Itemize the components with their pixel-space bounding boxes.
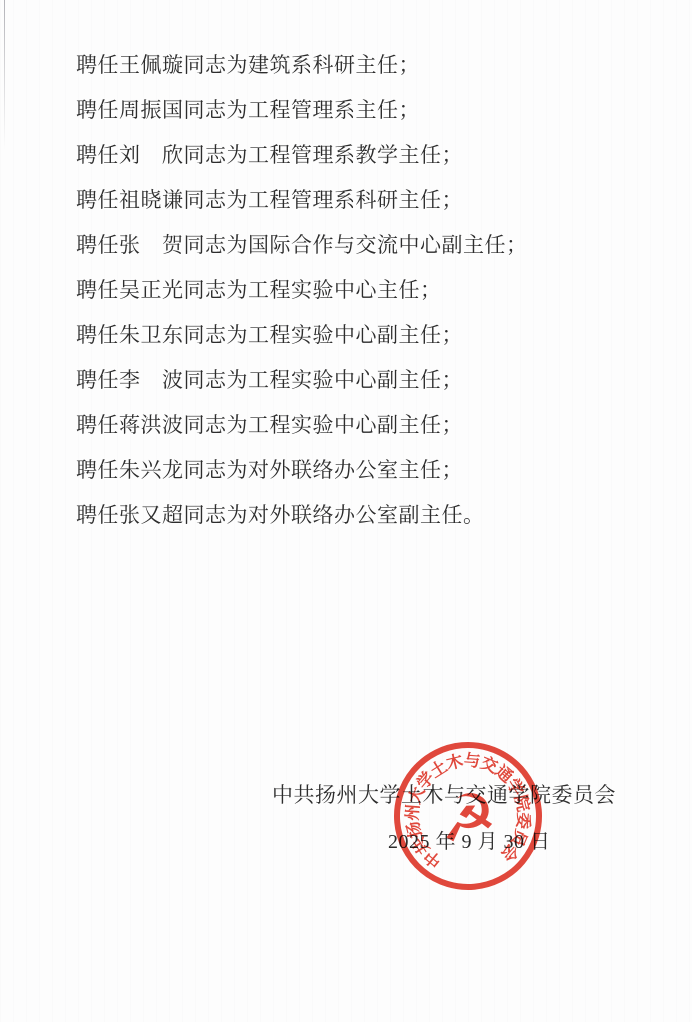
appointment-line: 聘任祖晓谦同志为工程管理系科研主任； bbox=[76, 185, 636, 230]
appointment-line: 聘任王佩璇同志为建筑系科研主任； bbox=[76, 50, 636, 95]
appointment-line: 聘任张又超同志为对外联络办公室副主任。 bbox=[76, 500, 636, 545]
hammer-and-sickle-icon: ☭ bbox=[436, 780, 500, 859]
appointment-list: 聘任王佩璇同志为建筑系科研主任； 聘任周振国同志为工程管理系主任； 聘任刘 欣同… bbox=[76, 50, 636, 545]
official-seal: 中共扬州大学土木与交通学院委员会 ☭ bbox=[383, 731, 552, 900]
appointment-line: 聘任周振国同志为工程管理系主任； bbox=[76, 95, 636, 140]
appointment-line: 聘任蒋洪波同志为工程实验中心副主任； bbox=[76, 410, 636, 455]
document-page: 聘任王佩璇同志为建筑系科研主任； 聘任周振国同志为工程管理系主任； 聘任刘 欣同… bbox=[0, 0, 692, 1022]
appointment-line: 聘任吴正光同志为工程实验中心主任； bbox=[76, 275, 636, 320]
appointment-line: 聘任朱兴龙同志为对外联络办公室主任； bbox=[76, 455, 636, 500]
scan-edge-artifact bbox=[4, 0, 5, 150]
appointment-line: 聘任李 波同志为工程实验中心副主任； bbox=[76, 365, 636, 410]
appointment-line: 聘任朱卫东同志为工程实验中心副主任； bbox=[76, 320, 636, 365]
appointment-line: 聘任张 贺同志为国际合作与交流中心副主任； bbox=[76, 230, 636, 275]
appointment-line: 聘任刘 欣同志为工程管理系教学主任； bbox=[76, 140, 636, 185]
